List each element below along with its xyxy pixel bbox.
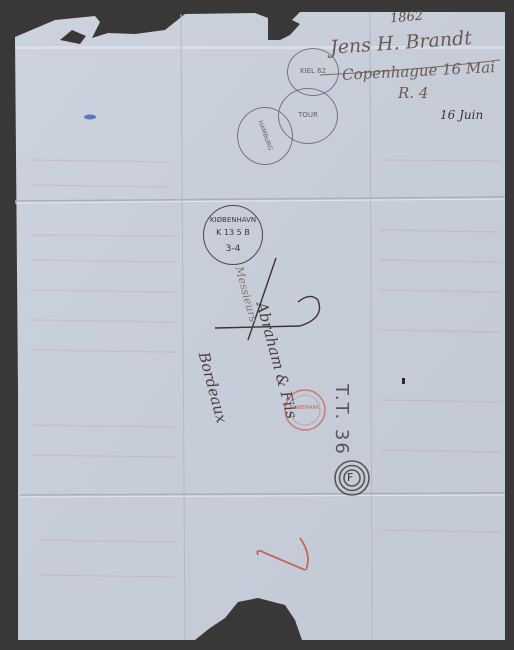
rate-mark: T.T. 36 — [331, 384, 352, 456]
transit-postmark-3-text: HAMBURG — [252, 109, 277, 162]
transit-postmark-3: HAMBURG — [237, 107, 293, 165]
transit-postmark-2-text: TOUR — [279, 111, 337, 119]
kiobenhavn-postmark: KIØBENHAVN K 13 5 B 3-4 — [203, 205, 263, 265]
letter-sheet — [0, 0, 514, 650]
docket-year: 1862 — [389, 9, 423, 27]
transit-postmark-1-text: KIEL 62 — [288, 67, 338, 75]
blue-ink-speck — [84, 115, 96, 120]
red-entry-postmark-text: DANEMARK — [287, 405, 323, 411]
kiobenhavn-time: 3-4 — [204, 244, 262, 254]
kiobenhavn-date: K 13 5 B — [204, 228, 262, 237]
concentric-postmark-letter: F — [347, 471, 353, 484]
kiobenhavn-town: KIØBENHAVN — [204, 216, 262, 224]
docket-answered: 16 Juin — [440, 108, 483, 122]
docket-received: R. 4 — [398, 84, 428, 102]
